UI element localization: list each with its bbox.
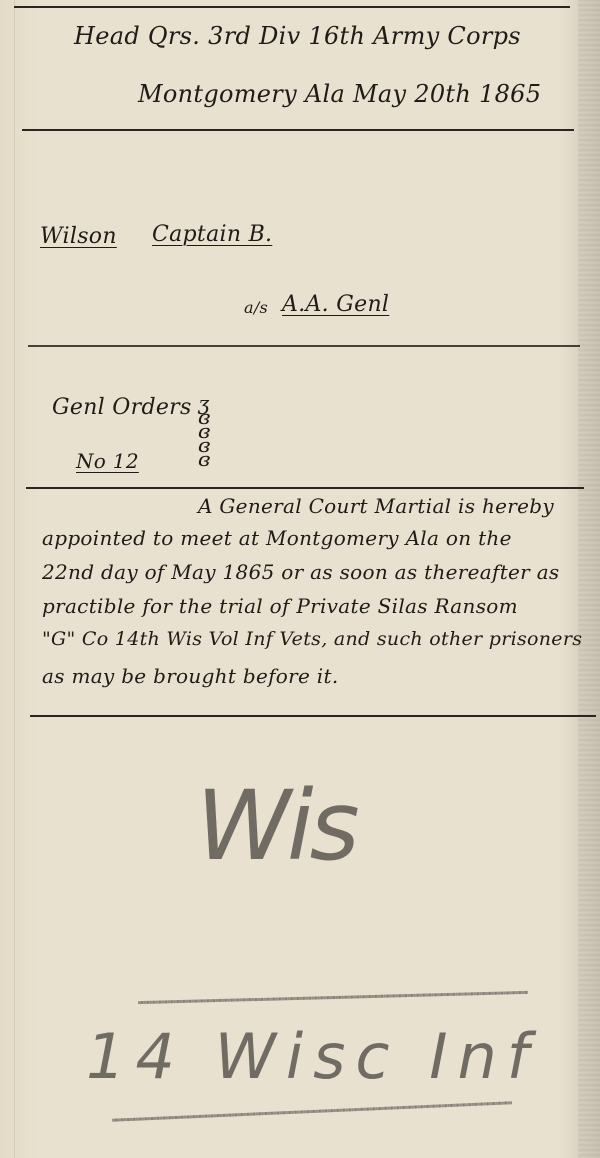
order-bottom-rule xyxy=(26,487,584,489)
top-rule xyxy=(14,6,570,8)
pencil-line-bottom xyxy=(112,1101,512,1121)
page-left-edge xyxy=(14,0,15,1158)
signatory-title-prefix: a/s xyxy=(244,298,268,317)
heading-line-2: Montgomery Ala May 20th 1865 xyxy=(138,80,541,108)
body-line-6: as may be brought before it. xyxy=(42,664,338,688)
body-line-1: A General Court Martial is hereby xyxy=(198,494,554,518)
body-line-4: practible for the trial of Private Silas… xyxy=(42,594,518,618)
pencil-mark: Wis xyxy=(196,770,356,882)
body-line-3: 22nd day of May 1865 or as soon as there… xyxy=(42,560,559,584)
signatory-bottom-rule xyxy=(28,345,580,347)
document-page: Head Qrs. 3rd Div 16th Army Corps Montgo… xyxy=(0,0,600,1158)
page-right-edge xyxy=(578,0,600,1158)
signatory-title: A.A. Genl xyxy=(282,292,389,317)
heading-bottom-rule xyxy=(22,129,574,131)
heading-line-1: Head Qrs. 3rd Div 16th Army Corps xyxy=(74,22,521,50)
body-bottom-rule xyxy=(30,715,596,717)
signatory-name: Wilson xyxy=(40,224,117,249)
order-label: Genl Orders xyxy=(52,395,192,420)
pencil-note: 14 Wisc Inf xyxy=(86,1020,539,1093)
pencil-line-top xyxy=(138,991,528,1004)
order-number: No 12 xyxy=(76,449,139,473)
brace-icon: ʒɞɞɞɞ xyxy=(198,396,218,466)
body-line-2: appointed to meet at Montgomery Ala on t… xyxy=(42,526,512,550)
body-line-5: "G" Co 14th Wis Vol Inf Vets, and such o… xyxy=(42,628,582,650)
signatory-rank: Captain B. xyxy=(152,222,272,247)
